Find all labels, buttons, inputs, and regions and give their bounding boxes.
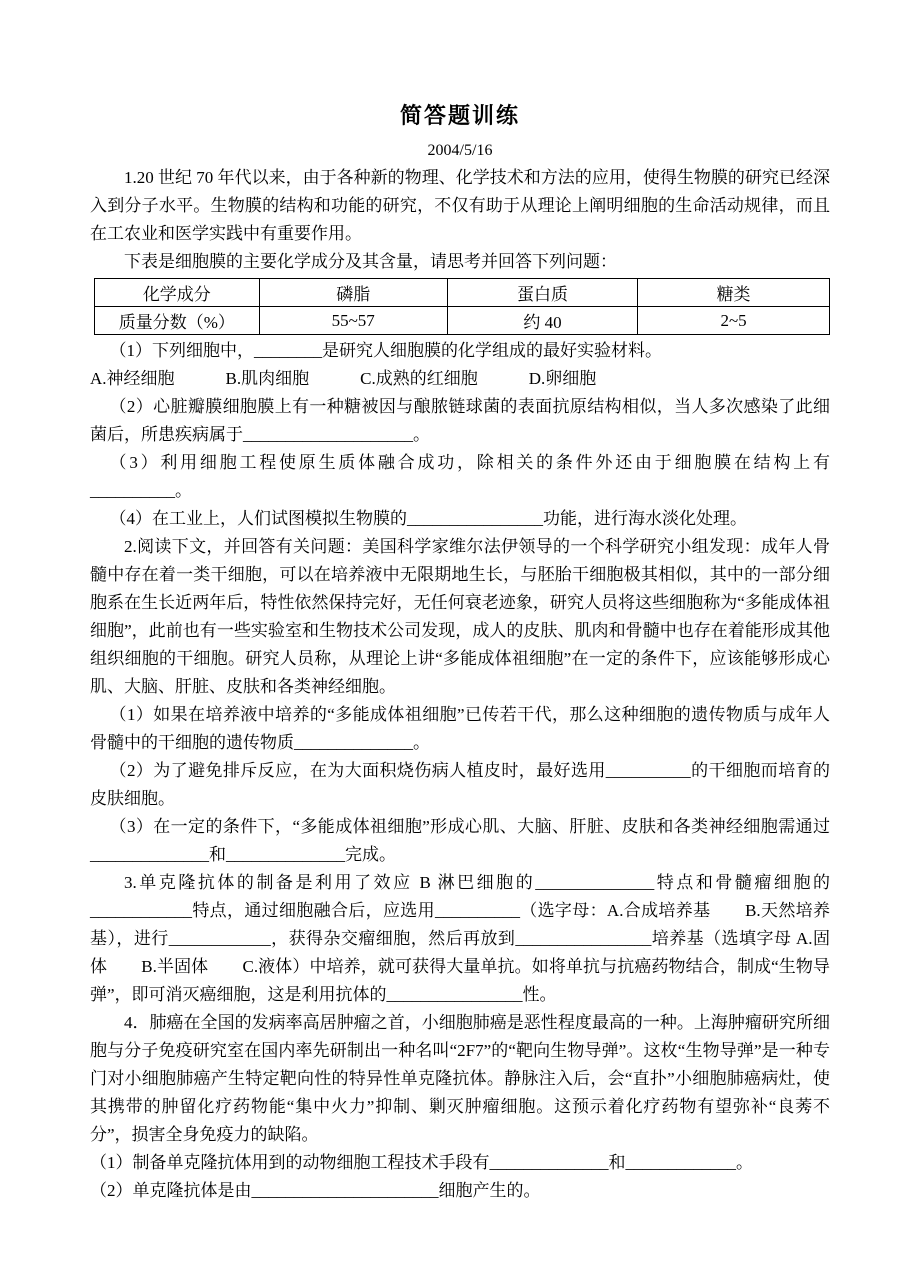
q1-table-caption: 下表是细胞膜的主要化学成分及其含量，请思考并回答下列问题： bbox=[90, 248, 830, 276]
table-header-row: 化学成分 磷脂 蛋白质 糖类 bbox=[95, 279, 830, 307]
table-header-sugar: 糖类 bbox=[638, 279, 830, 307]
q2-sub2: （2）为了避免排斥反应，在为大面积烧伤病人植皮时，最好选用__________的… bbox=[90, 757, 830, 813]
q2-intro: 2.阅读下文，并回答有关问题：美国科学家维尔法伊领导的一个科学研究小组发现：成年… bbox=[90, 533, 830, 701]
q4-intro: 4．肺癌在全国的发病率高居肿瘤之首，小细胞肺癌是恶性程度最高的一种。上海肿瘤研究… bbox=[90, 1009, 830, 1149]
q1-intro: 1.20 世纪 70 年代以来，由于各种新的物理、化学技术和方法的应用，使得生物… bbox=[90, 164, 830, 248]
table-header-component: 化学成分 bbox=[95, 279, 260, 307]
document-page: { "title": "简答题训练", "date": "2004/5/16",… bbox=[0, 0, 920, 1274]
q4-sub1: （1）制备单克隆抗体用到的动物细胞工程技术手段有______________和_… bbox=[90, 1149, 830, 1177]
document-date: 2004/5/16 bbox=[90, 138, 830, 164]
composition-table: 化学成分 磷脂 蛋白质 糖类 质量分数（%） 55~57 约 40 2~5 bbox=[94, 278, 830, 335]
q1-sub2: （2）心脏瓣膜细胞膜上有一种糖被因与酿脓链球菌的表面抗原结构相似，当人多次感染了… bbox=[90, 393, 830, 449]
table-header-phospholipid: 磷脂 bbox=[259, 279, 447, 307]
q2-sub1: （1）如果在培养液中培养的“多能成体祖细胞”已传若干代，那么这种细胞的遗传物质与… bbox=[90, 701, 830, 757]
table-data-row: 质量分数（%） 55~57 约 40 2~5 bbox=[95, 307, 830, 335]
q1-sub4: （4）在工业上，人们试图模拟生物膜的________________功能，进行海… bbox=[90, 505, 830, 533]
document-content: 简答题训练 2004/5/16 1.20 世纪 70 年代以来，由于各种新的物理… bbox=[90, 0, 830, 1205]
table-cell-phospholipid-value: 55~57 bbox=[259, 307, 447, 335]
table-header-protein: 蛋白质 bbox=[447, 279, 637, 307]
q1-sub1: （1）下列细胞中，________是研究人细胞膜的化学组成的最好实验材料。 bbox=[90, 337, 830, 365]
table-cell-sugar-value: 2~5 bbox=[638, 307, 830, 335]
page-title: 简答题训练 bbox=[90, 100, 830, 132]
q2-sub3: （3）在一定的条件下，“多能成体祖细胞”形成心肌、大脑、肝脏、皮肤和各类神经细胞… bbox=[90, 813, 830, 869]
table-cell-mass-fraction-label: 质量分数（%） bbox=[95, 307, 260, 335]
q3-text: 3.单克隆抗体的制备是利用了效应 B 淋巴细胞的______________特点… bbox=[90, 869, 830, 1009]
q1-sub1-options: A.神经细胞 B.肌肉细胞 C.成熟的红细胞 D.卵细胞 bbox=[90, 365, 830, 393]
q1-sub3: （3）利用细胞工程使原生质体融合成功，除相关的条件外还由于细胞膜在结构上有___… bbox=[90, 449, 830, 505]
table-cell-protein-value: 约 40 bbox=[447, 307, 637, 335]
q4-sub2: （2）单克隆抗体是由______________________细胞产生的。 bbox=[90, 1177, 830, 1205]
